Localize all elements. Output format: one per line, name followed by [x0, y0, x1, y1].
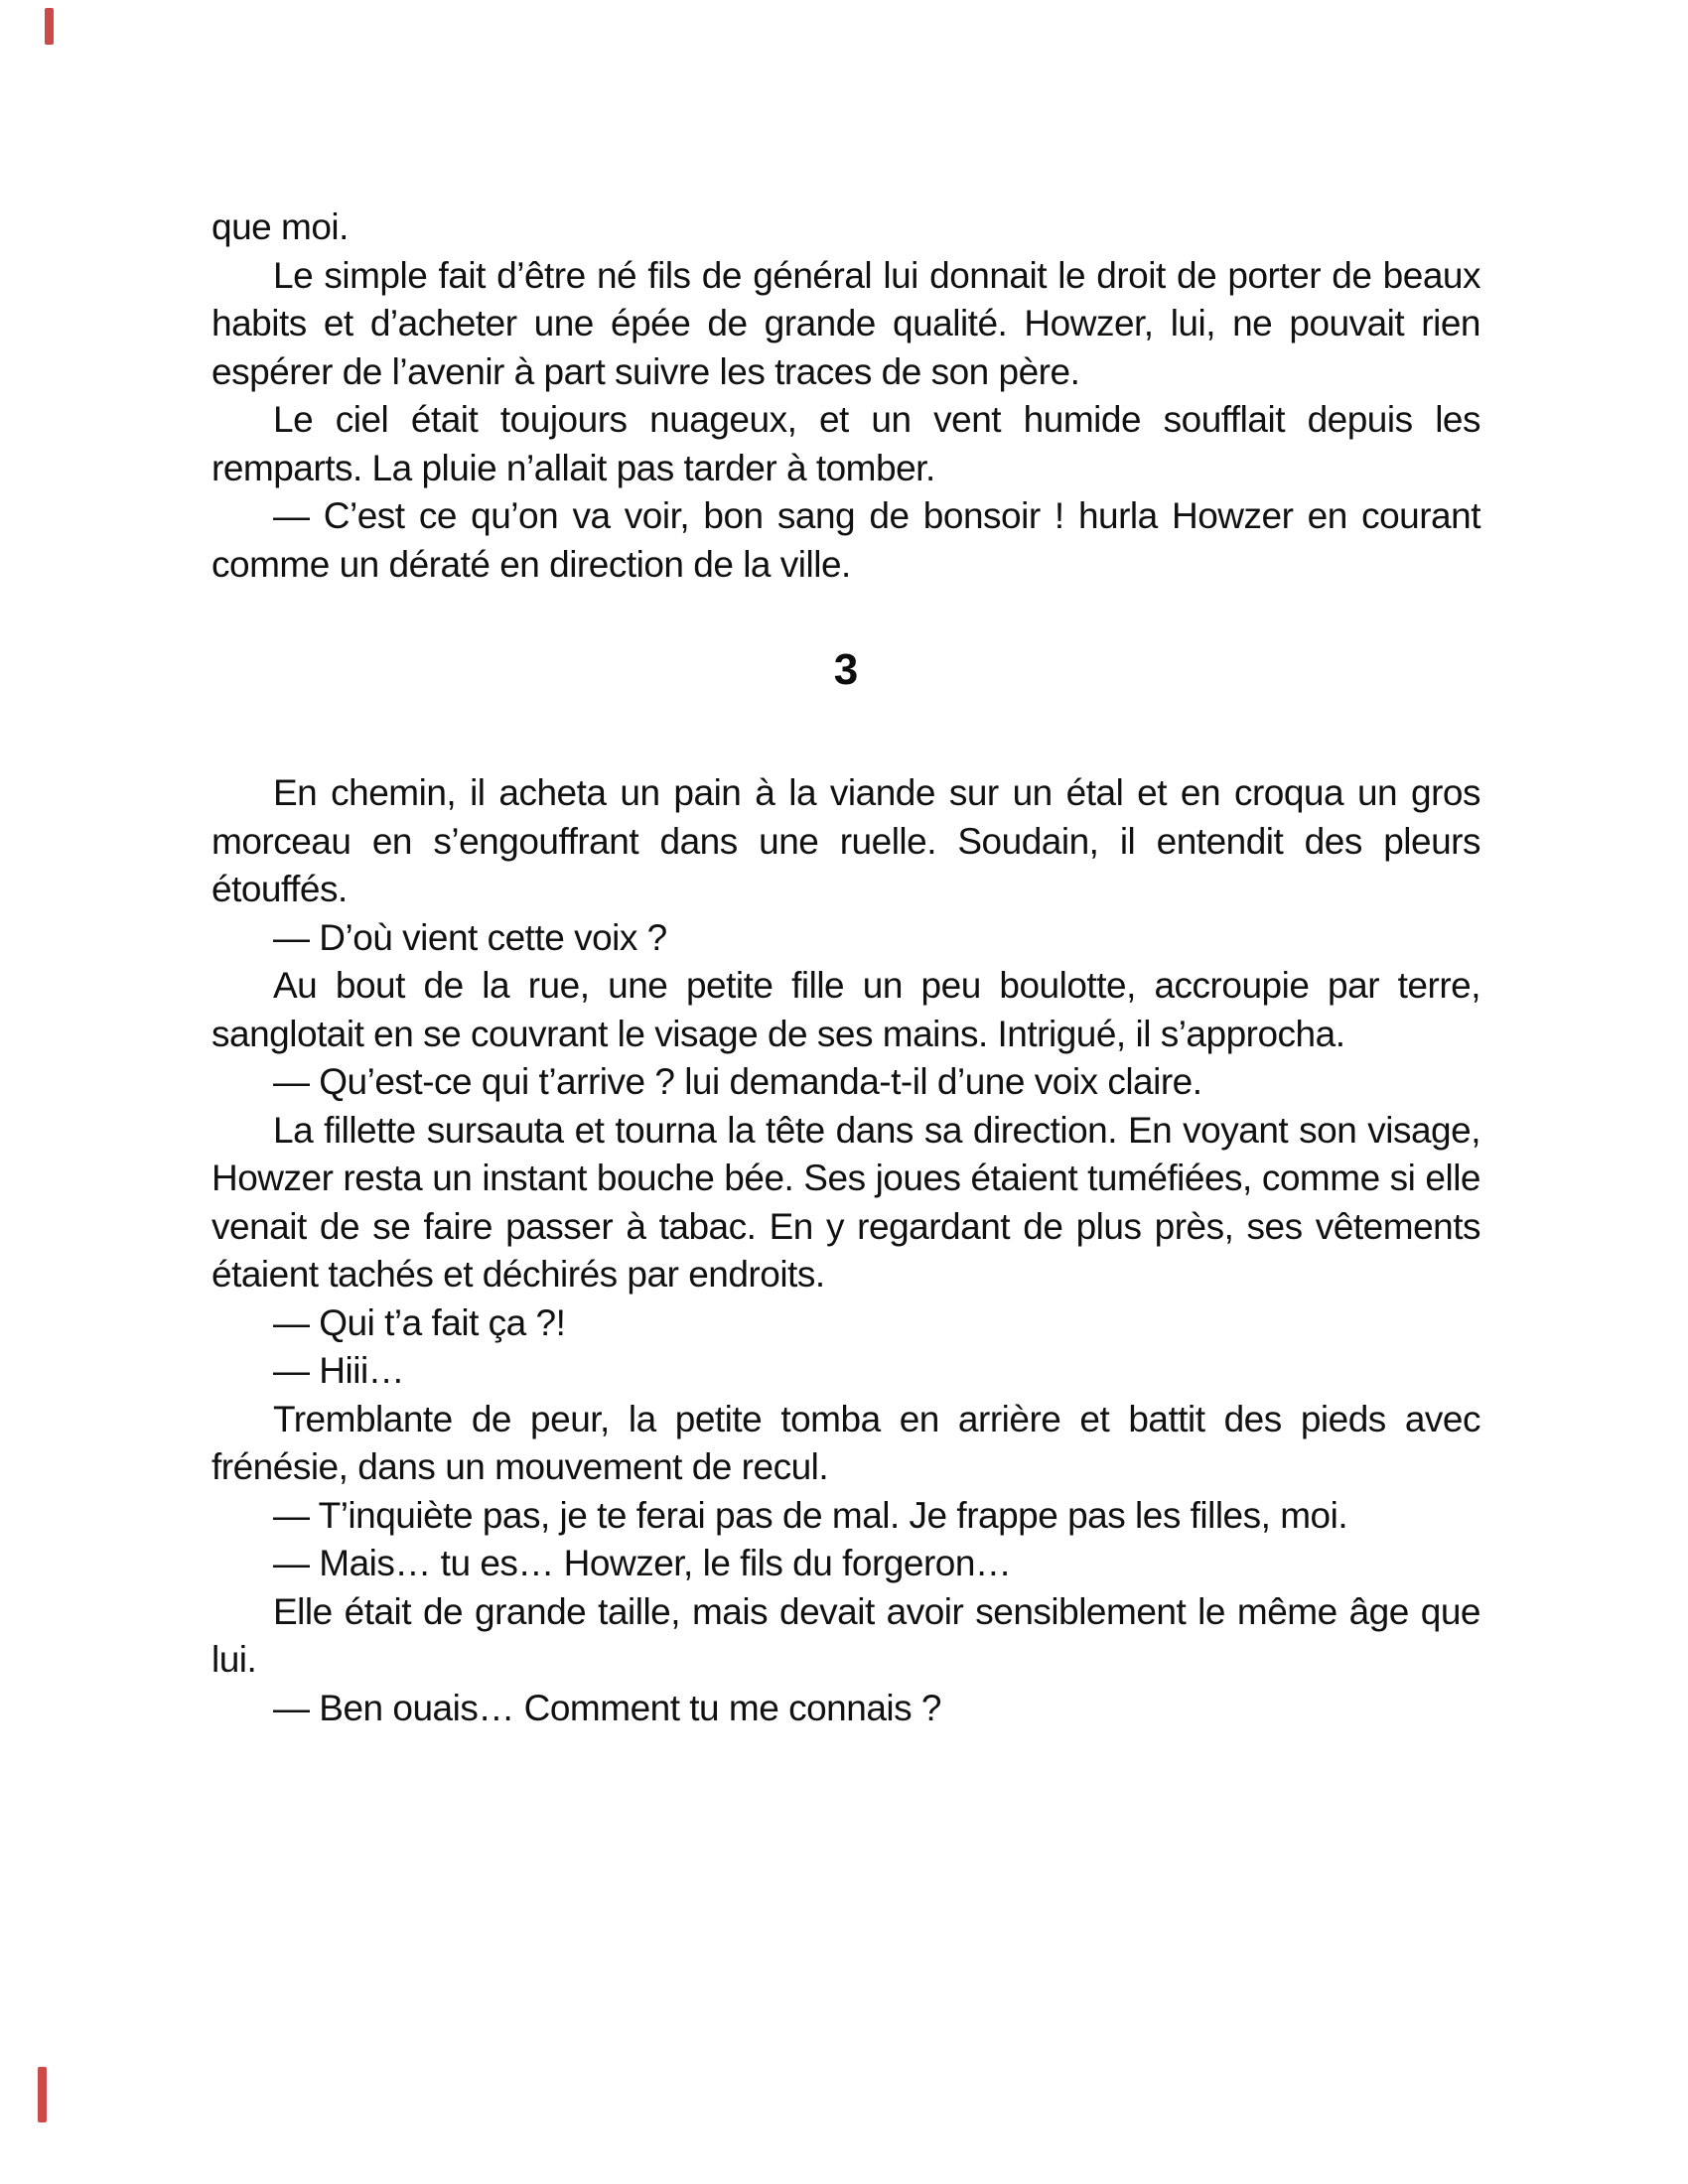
- paragraph: En chemin, il acheta un pain à la viande…: [211, 769, 1480, 914]
- paragraph: — Hiii…: [211, 1347, 1480, 1396]
- paragraph: — Qu’est-ce qui t’arrive ? lui demanda-t…: [211, 1058, 1480, 1107]
- paragraph: Le simple fait d’être né fils de général…: [211, 252, 1480, 397]
- paragraph: que moi.: [211, 204, 1480, 252]
- paragraph: — T’inquiète pas, je te ferai pas de mal…: [211, 1492, 1480, 1541]
- paragraph: — Qui t’a fait ça ?!: [211, 1299, 1480, 1348]
- paragraph: Le ciel était toujours nuageux, et un ve…: [211, 396, 1480, 492]
- paragraph: Au bout de la rue, une petite fille un p…: [211, 962, 1480, 1058]
- paragraph: — Ben ouais… Comment tu me connais ?: [211, 1685, 1480, 1733]
- red-scan-artifact-bottom: [38, 2067, 47, 2122]
- chapter-number: 3: [211, 640, 1480, 700]
- paragraph: Elle était de grande taille, mais devait…: [211, 1588, 1480, 1685]
- paragraph: — C’est ce qu’on va voir, bon sang de bo…: [211, 492, 1480, 589]
- paragraph: — Mais… tu es… Howzer, le fils du forger…: [211, 1540, 1480, 1588]
- book-page: que moi.Le simple fait d’être né fils de…: [0, 0, 1688, 2184]
- paragraph: Tremblante de peur, la petite tomba en a…: [211, 1396, 1480, 1492]
- paragraph: La fillette sursauta et tourna la tête d…: [211, 1107, 1480, 1299]
- paragraph: — D’où vient cette voix ?: [211, 914, 1480, 963]
- red-scan-artifact-top: [45, 8, 54, 45]
- page-text: que moi.Le simple fait d’être né fils de…: [211, 204, 1480, 1732]
